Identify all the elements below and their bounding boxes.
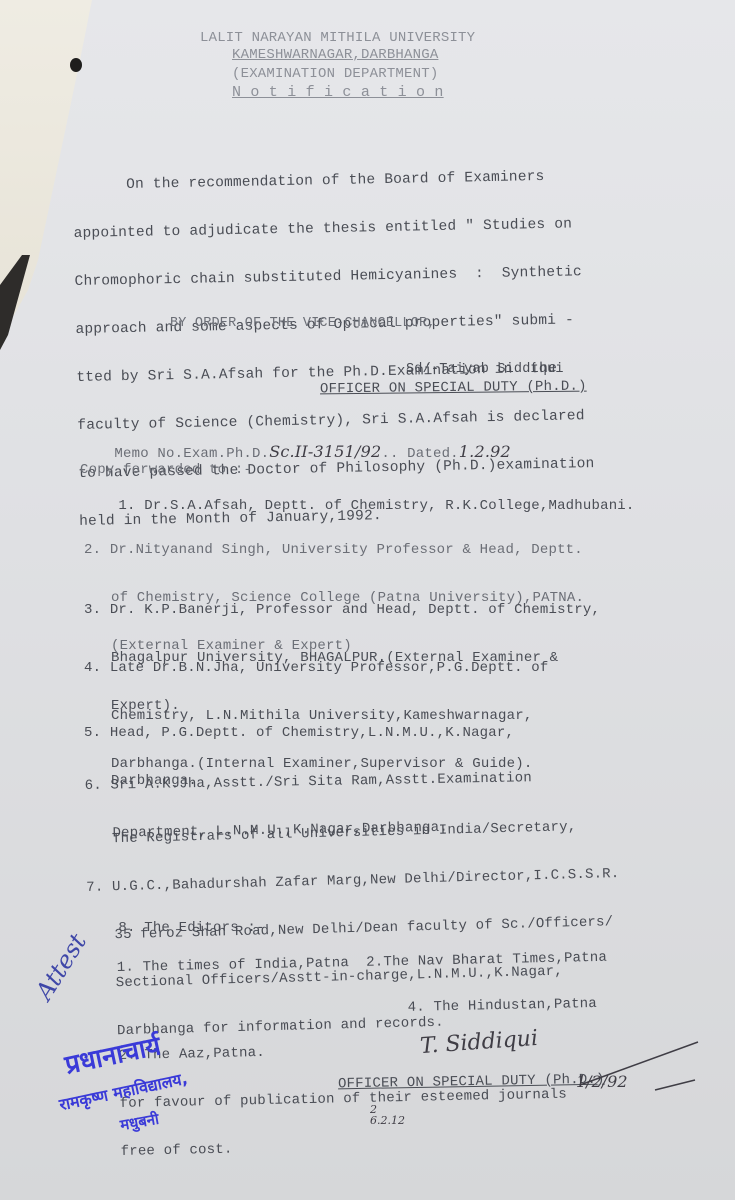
memo-number-handwritten: Sc.II-3151/92 — [269, 442, 381, 461]
university-name: LALIT NARAYAN MITHILA UNIVERSITY — [200, 30, 475, 46]
copy-forwarded-heading: Copy forwarded to :- — [80, 462, 252, 478]
list-item-number: 6. — [85, 778, 102, 794]
list-item-line: Late Dr.B.N.Jha, University Professor,P.… — [110, 660, 549, 676]
document-title: N o t i f i c a t i o n — [232, 84, 444, 101]
paragraph-line: Chromophoric chain substituted Hemicyani… — [74, 264, 591, 290]
editor-entry: 1. The times of India,Patna — [117, 955, 350, 976]
paragraph-line: On the recommendation of the Board of Ex… — [73, 168, 590, 194]
paragraph-line: appointed to adjudicate the thesis entit… — [74, 216, 591, 242]
editors-tail-line: free of cost. — [121, 1134, 612, 1160]
memo-date-handwritten: 1.2.92 — [459, 442, 511, 461]
handwritten-note: 2 6.2.12 — [370, 1104, 405, 1126]
order-line: BY ORDER OF THE VICE-CHANCELLOR, — [170, 316, 436, 332]
editor-entry: 2.The Nav Bharat Times,Patna — [366, 950, 607, 971]
list-item-number: 2. — [84, 542, 101, 558]
pen-strike-lines — [560, 1030, 700, 1100]
signatory-name: Sd/-Taiyab Siddiqui — [406, 362, 564, 378]
list-item-line: U.G.C.,Bahadurshah Zafar Marg,New Delhi/… — [112, 866, 620, 895]
scanned-document-page: LALIT NARAYAN MITHILA UNIVERSITY KAMESHW… — [0, 0, 735, 1200]
list-item-number: 3. — [84, 602, 101, 618]
signatory-designation: OFFICER ON SPECIAL DUTY (Ph.D.) — [320, 379, 587, 398]
list-item-line: Dr.Nityanand Singh, University Professor… — [110, 542, 583, 558]
editors-list: 1. The times of India,Patna 2.The Nav Bh… — [116, 918, 612, 1192]
list-item-number: 5. — [84, 725, 101, 741]
editor-entry: 4. The Hindustan,Patna — [118, 996, 609, 1022]
handwritten-attest: Attest — [30, 929, 92, 1005]
list-item-line: Dr. K.P.Banerji, Professor and Head, Dep… — [110, 602, 600, 618]
list-item-number: 4. — [84, 660, 101, 676]
pin-hole — [70, 58, 82, 72]
list-item-line: The Registrars of all Universities in In… — [85, 818, 619, 848]
dated-label: Dated. — [407, 446, 459, 462]
memo-label: Memo No.Exam.Ph.D. — [114, 446, 269, 462]
department-name: (EXAMINATION DEPARTMENT) — [232, 66, 438, 82]
list-item-number: 7. — [86, 880, 104, 896]
university-location: KAMESHWARNAGAR,DARBHANGA — [232, 47, 438, 63]
